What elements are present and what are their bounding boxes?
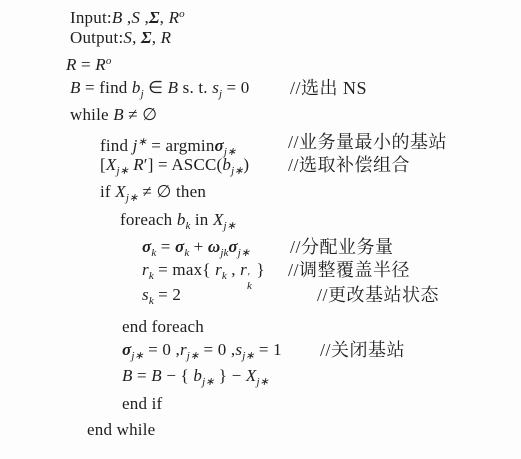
code-text: Output: [70, 28, 118, 47]
code-segment: sk = 2: [142, 282, 181, 314]
inline-comment: //调整覆盖半径: [288, 257, 410, 283]
code-text: end foreach: [122, 317, 204, 336]
subscript: j∗: [126, 192, 138, 204]
code-text: = 0 ,: [144, 340, 180, 359]
code-text: ] = ASCC(: [148, 155, 223, 174]
subscript: j∗: [242, 350, 254, 362]
math-greek-bold: σ: [122, 340, 131, 359]
algorithm-pseudocode: Input:B ,S ,Σ, RoOutput:S, Σ, RR = RoB =…: [0, 0, 521, 459]
math-variable: b: [222, 155, 231, 174]
code-segment: end while: [87, 417, 155, 443]
algorithm-line-12: sk = 2//更改基站状态: [0, 282, 521, 308]
algorithm-line-1: Input:B ,S ,Σ, Ro: [0, 1, 521, 27]
math-variable: R: [66, 55, 77, 74]
code-text: if: [100, 182, 115, 201]
code-text: = 2: [154, 285, 181, 304]
math-variable: r: [142, 260, 149, 279]
inline-comment: //关闭基站: [320, 337, 405, 363]
code-text: ): [243, 155, 249, 174]
code-text: = max{: [154, 260, 215, 279]
math-variable: B: [151, 366, 162, 385]
code-text: ,: [132, 28, 141, 47]
math-variable: R: [161, 28, 172, 47]
math-greek-bold: σ: [175, 237, 184, 256]
algorithm-line-17: end while: [0, 417, 521, 443]
subscript: j∗: [256, 376, 268, 388]
subscript: j∗: [202, 376, 214, 388]
code-text: +: [189, 237, 208, 256]
subscript: j∗: [224, 220, 236, 232]
code-text: ,: [152, 28, 161, 47]
algorithm-line-5: while B ≠ ∅: [0, 102, 521, 128]
algorithm-line-4: B = find bj ∈ B s. t. sj = 0//选出 NS: [0, 75, 521, 101]
math-variable: B: [168, 78, 179, 97]
algorithm-line-14: σj∗ = 0 ,rj∗ = 0 ,sj∗ = 1//关闭基站: [0, 337, 521, 363]
math-greek-bold: ω: [208, 237, 221, 256]
math-variable: b: [177, 210, 186, 229]
code-text: ,: [227, 260, 240, 279]
math-variable: b: [193, 366, 202, 385]
code-text: end while: [87, 420, 155, 439]
code-text: − {: [162, 366, 194, 385]
code-text: = 0: [222, 78, 249, 97]
math-variable: r: [240, 260, 247, 279]
subscript: j∗: [187, 350, 199, 362]
code-text: ≠ ∅ then: [138, 182, 206, 201]
inline-comment: //更改基站状态: [317, 282, 439, 308]
math-variable: X: [106, 155, 117, 174]
algorithm-line-16: end if: [0, 391, 521, 417]
code-segment: while B ≠ ∅: [70, 102, 157, 128]
inline-comment: //选取补偿组合: [288, 152, 410, 178]
code-text: =: [133, 366, 152, 385]
code-text: = 1: [254, 340, 281, 359]
superscript: o: [179, 8, 185, 20]
math-variable: S: [123, 28, 132, 47]
algorithm-line-7: [Xj∗ R′] = ASCC(bj∗)//选取补偿组合: [0, 152, 521, 178]
code-text: ≠ ∅: [124, 105, 157, 124]
math-variable: r: [180, 340, 187, 359]
math-greek-bold: σ: [228, 237, 237, 256]
algorithm-line-8: if Xj∗ ≠ ∅ then: [0, 179, 521, 205]
code-text: in: [190, 210, 213, 229]
math-variable: X: [246, 366, 257, 385]
code-text: }: [252, 260, 265, 279]
math-variable: B: [70, 78, 81, 97]
code-segment: end if: [122, 391, 162, 417]
algorithm-line-15: B = B − { bj∗ } − Xj∗: [0, 363, 521, 389]
subscript: j∗: [131, 350, 143, 362]
code-text: = find: [81, 78, 132, 97]
superscript: ∗: [138, 136, 147, 148]
math-variable: B: [122, 366, 133, 385]
math-variable: b: [132, 78, 141, 97]
math-variable: R: [129, 155, 144, 174]
code-text: = 0 ,: [199, 340, 235, 359]
inline-comment: //选出 NS: [290, 75, 367, 101]
code-text: =: [77, 55, 96, 74]
math-variable: X: [115, 182, 126, 201]
code-text: while: [70, 105, 113, 124]
math-variable: s: [142, 285, 149, 304]
math-variable: R: [95, 55, 106, 74]
subscript: j∗: [116, 165, 128, 177]
page: { "page": { "background": "#fdfdfd", "te…: [0, 0, 521, 459]
math-greek-bold: σ: [142, 237, 151, 256]
math-greek-bold: Σ: [141, 28, 152, 47]
code-text: ∈: [144, 78, 168, 97]
algorithm-line-3: R = Ro: [0, 48, 521, 74]
math-variable: B: [113, 105, 124, 124]
algorithm-line-11: rk = max{ rk , r′k }//调整覆盖半径: [0, 257, 521, 283]
code-text: end if: [122, 394, 162, 413]
math-variable: r: [215, 260, 222, 279]
code-text: } −: [214, 366, 246, 385]
algorithm-line-9: foreach bk in Xj∗: [0, 207, 521, 233]
math-variable: X: [213, 210, 224, 229]
superscript: o: [106, 55, 112, 67]
code-text: foreach: [120, 210, 177, 229]
code-text: s. t.: [178, 78, 212, 97]
code-segment: R = Ro: [66, 48, 111, 78]
code-text: =: [156, 237, 175, 256]
math-variable: s: [212, 78, 219, 97]
subscript: j∗: [231, 165, 243, 177]
